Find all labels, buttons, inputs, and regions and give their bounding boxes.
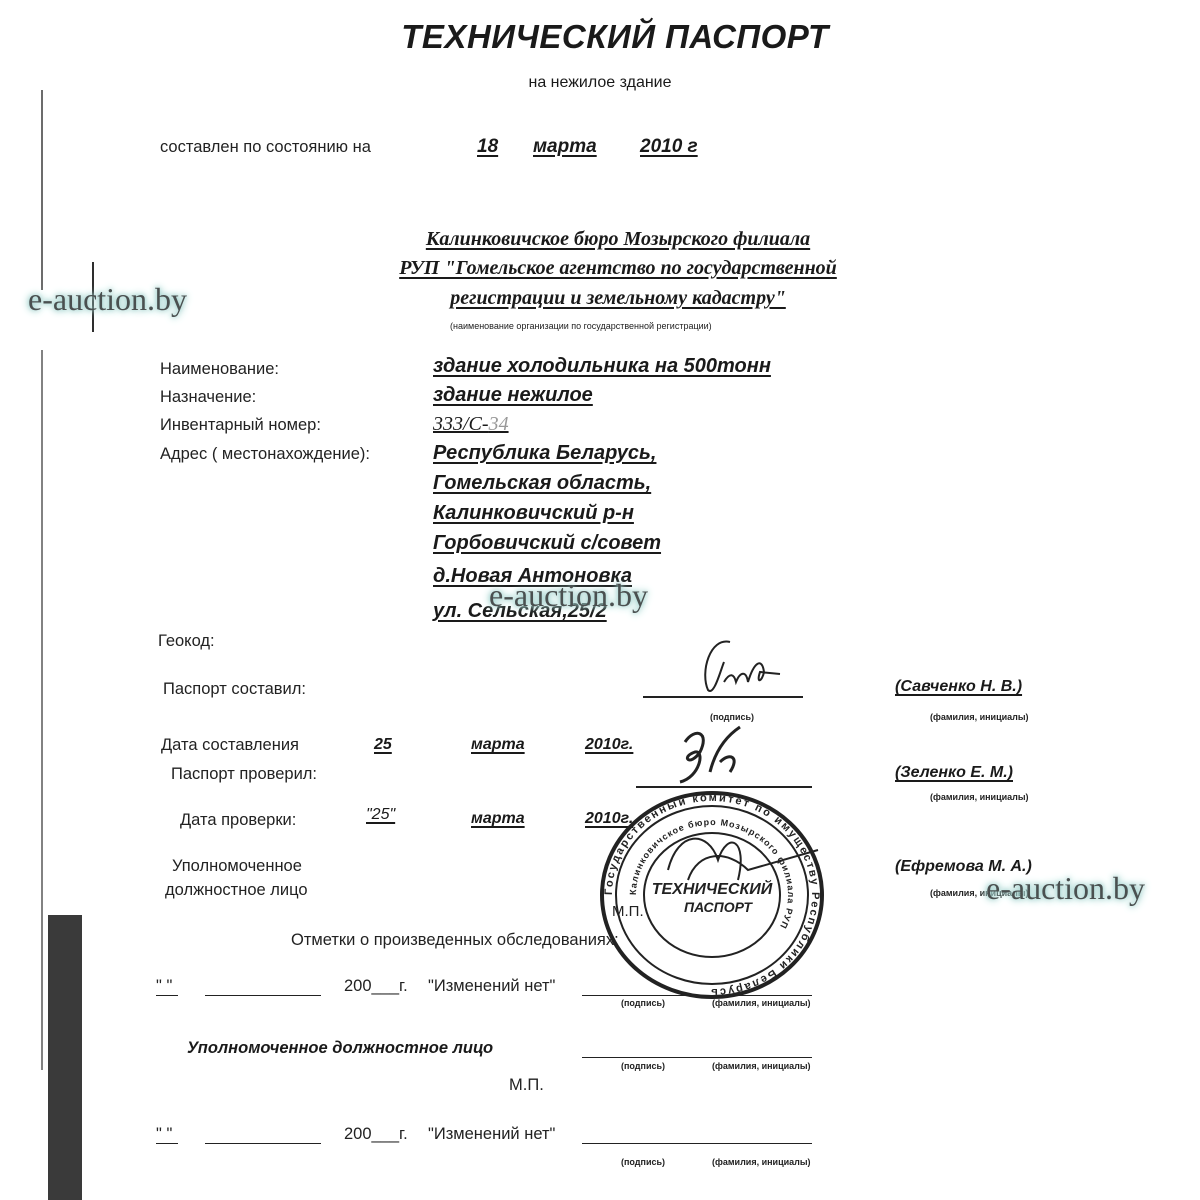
official-stamp-icon: Государственный комитет по имуществу Рес… xyxy=(598,790,826,1000)
checker-name: (Зеленко Е. М.) xyxy=(895,764,1013,782)
watermark-center: e-auction.by xyxy=(489,577,648,614)
compile-date-year: 2010г. xyxy=(585,736,633,754)
purpose-label: Назначение: xyxy=(160,388,256,407)
official-label-1: Уполномоченное xyxy=(172,857,302,876)
inspection-mp-label: М.П. xyxy=(509,1076,544,1095)
inspection-official-sig-caption: (подпись) xyxy=(621,1061,665,1071)
inventory-value: 333/С-34 xyxy=(433,413,509,436)
compiler-signature-caption: (подпись) xyxy=(710,712,754,722)
inspection-2-name-caption: (фамилия, инициалы) xyxy=(712,1157,811,1167)
inspection-2-signature-line xyxy=(582,1143,812,1144)
inspection-2-day-line xyxy=(156,1143,178,1144)
inspection-1-quote: " " xyxy=(156,977,172,996)
purpose-value: здание нежилое xyxy=(433,384,593,407)
page-edge-shadow xyxy=(41,350,43,1070)
checked-by-label: Паспорт проверил: xyxy=(171,765,317,784)
checker-name-caption: (фамилия, инициалы) xyxy=(930,792,1029,802)
compiler-name: (Савченко Н. В.) xyxy=(895,678,1022,696)
organization-caption: (наименование организации по государстве… xyxy=(450,321,712,331)
page-title: ТЕХНИЧЕСКИЙ ПАСПОРТ xyxy=(0,18,1200,56)
state-date-month: марта xyxy=(533,136,597,158)
compile-date-label: Дата составления xyxy=(161,736,299,755)
organization-line-2: РУП "Гомельское агентство по государстве… xyxy=(268,257,968,280)
inventory-label: Инвентарный номер: xyxy=(160,416,321,435)
compile-date-day: 25 xyxy=(374,736,392,754)
state-date-year: 2010 г xyxy=(640,136,698,158)
binding-strip xyxy=(48,915,82,1200)
name-value: здание холодильника на 500тонн xyxy=(433,355,771,378)
inspection-official-label: Уполномоченное должностное лицо xyxy=(187,1039,493,1058)
inspection-2-month-line xyxy=(205,1143,321,1144)
name-label: Наименование: xyxy=(160,360,279,379)
watermark-left: e-auction.by xyxy=(28,281,187,318)
address-line-3: Калинковичский р-н xyxy=(433,502,634,525)
svg-text:ПАСПОРТ: ПАСПОРТ xyxy=(684,899,753,915)
page-edge-shadow xyxy=(41,90,43,290)
svg-text:ТЕХНИЧЕСКИЙ: ТЕХНИЧЕСКИЙ xyxy=(652,878,773,898)
inspection-1-day-line xyxy=(156,995,178,996)
inspection-official-signature-line xyxy=(582,1057,812,1058)
compile-date-month: марта xyxy=(471,736,525,754)
inspection-2-sig-caption: (подпись) xyxy=(621,1157,665,1167)
check-date-label: Дата проверки: xyxy=(180,811,296,830)
page-subtitle: на нежилое здание xyxy=(0,74,1200,92)
address-label: Адрес ( местонахождение): xyxy=(160,445,370,464)
signature-checker-icon xyxy=(660,722,770,792)
check-date-day: "25" xyxy=(366,806,395,824)
inspection-1-month-line xyxy=(205,995,321,996)
inventory-handwritten: 34 xyxy=(489,413,509,435)
address-line-2: Гомельская область, xyxy=(433,472,651,495)
inspection-1-text: "Изменений нет" xyxy=(428,977,555,996)
organization-line-3: регистрации и земельному кадастру" xyxy=(268,287,968,310)
signature-compiler-icon xyxy=(690,632,800,697)
address-line-1: Республика Беларусь, xyxy=(433,442,656,465)
inspection-1-name-caption: (фамилия, инициалы) xyxy=(712,998,811,1008)
compiled-by-label: Паспорт составил: xyxy=(163,680,306,699)
checker-signature-line xyxy=(636,786,812,788)
inspection-1-signature-line xyxy=(582,995,812,996)
state-date-day: 18 xyxy=(477,136,498,158)
inspections-heading: Отметки о произведенных обследованиях: xyxy=(291,931,619,950)
inspection-1-sig-caption: (подпись) xyxy=(621,998,665,1008)
geocode-label: Геокод: xyxy=(158,632,215,651)
compiler-name-caption: (фамилия, инициалы) xyxy=(930,712,1029,722)
inspection-1-year: 200___г. xyxy=(344,977,408,996)
watermark-right: e-auction.by xyxy=(986,870,1145,907)
inspection-2-year: 200___г. xyxy=(344,1125,408,1144)
state-date-label: составлен по состоянию на xyxy=(160,138,371,157)
official-label-2: должностное лицо xyxy=(165,881,308,900)
inspection-2-quote: " " xyxy=(156,1125,172,1144)
check-date-month: марта xyxy=(471,810,525,828)
address-line-4: Горбовичский с/совет xyxy=(433,532,661,555)
compiler-signature-line xyxy=(643,696,803,698)
stamp-mp-label: М.П. xyxy=(612,903,644,920)
inspection-2-text: "Изменений нет" xyxy=(428,1125,555,1144)
organization-line-1: Калинковичское бюро Мозырского филиала xyxy=(268,228,968,251)
inspection-official-name-caption: (фамилия, инициалы) xyxy=(712,1061,811,1071)
